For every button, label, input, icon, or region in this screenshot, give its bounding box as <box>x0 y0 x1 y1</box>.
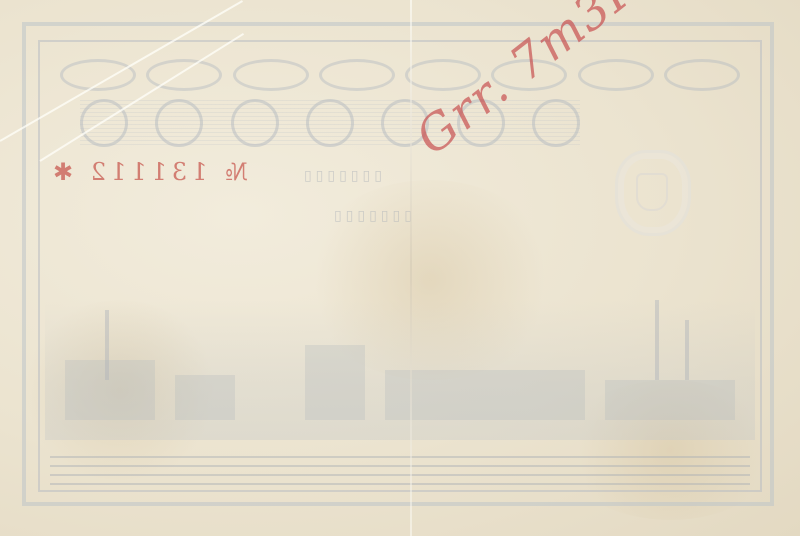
fine-print-lines <box>50 455 750 485</box>
ornament-band <box>60 55 740 95</box>
serial-number: № 131112 ✱ <box>48 158 248 186</box>
embossed-seal <box>615 150 691 236</box>
ghost-text-line: ▯▯▯▯▯▯▯ <box>300 168 382 184</box>
city-vignette <box>45 300 755 440</box>
banknote-photo: № 131112 ✱ ▯▯▯▯▯▯▯ ▯▯▯▯▯▯▯ Grr. 7m3R <box>0 0 800 536</box>
ghost-text-line: ▯▯▯▯▯▯▯ <box>330 208 412 224</box>
fold-crease <box>410 0 412 536</box>
